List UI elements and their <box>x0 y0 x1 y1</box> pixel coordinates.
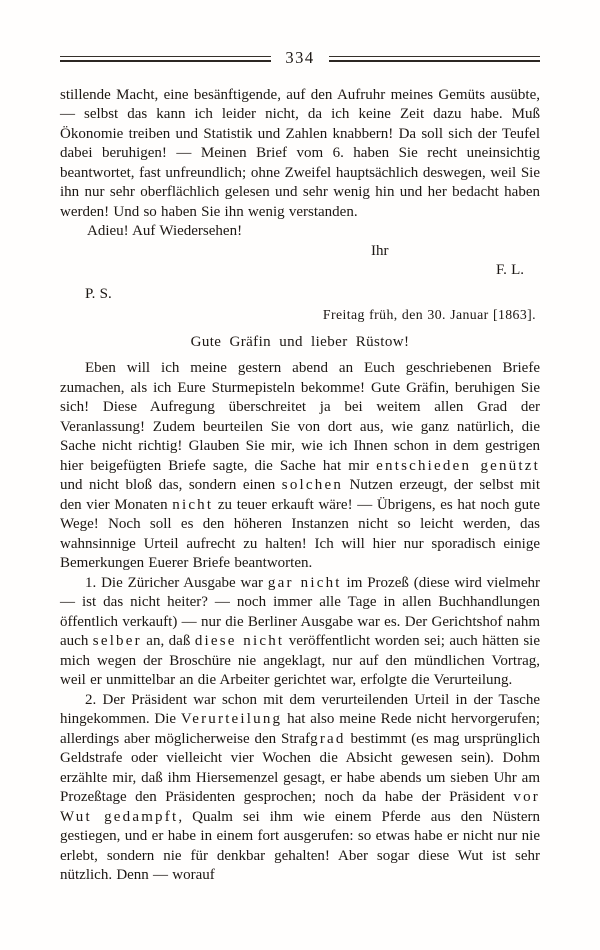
paragraph: Eben will ich meine gestern abend an Euc… <box>60 359 540 574</box>
book-page: 334 stillende Macht, eine besänftigende,… <box>0 0 600 950</box>
header-rule-right <box>329 56 540 62</box>
letterspaced-emphasis: gar nicht <box>268 575 342 591</box>
valediction: Ihr <box>371 242 540 262</box>
page-header: 334 <box>60 50 540 69</box>
dateline: Freitag früh, den 30. Januar [1863]. <box>60 305 540 325</box>
letterspaced-emphasis: vor Wut gedampft <box>60 789 540 825</box>
header-rule-left <box>60 56 271 62</box>
letterspaced-emphasis: diese nicht <box>195 633 285 649</box>
letterspaced-emphasis: entschieden genützt <box>376 458 540 474</box>
paragraph: 2. Der Präsident war schon mit dem verur… <box>60 691 540 886</box>
letter-text: stillende Macht, eine besänftigende, auf… <box>60 86 540 886</box>
page-number: 334 <box>281 50 318 69</box>
salutation: Gute Gräfin und lieber Rüstow! <box>60 333 540 353</box>
postscript-label: P. S. <box>60 285 540 305</box>
letterspaced-emphasis: solchen <box>282 477 343 493</box>
letterspaced-emphasis: grad <box>310 731 345 747</box>
closing-line: Adieu! Auf Wiedersehen! <box>60 222 540 242</box>
signature: F. L. <box>60 261 540 281</box>
letterspaced-emphasis: nicht <box>172 497 213 513</box>
letterspaced-emphasis: selber <box>93 633 142 649</box>
postscript-body: Eben will ich meine gestern abend an Euc… <box>60 359 540 886</box>
paragraph: 1. Die Züricher Ausgabe war gar nicht im… <box>60 574 540 691</box>
paragraph-continuation: stillende Macht, eine besänftigende, auf… <box>60 86 540 223</box>
letterspaced-emphasis: Verurteilung <box>181 711 282 727</box>
